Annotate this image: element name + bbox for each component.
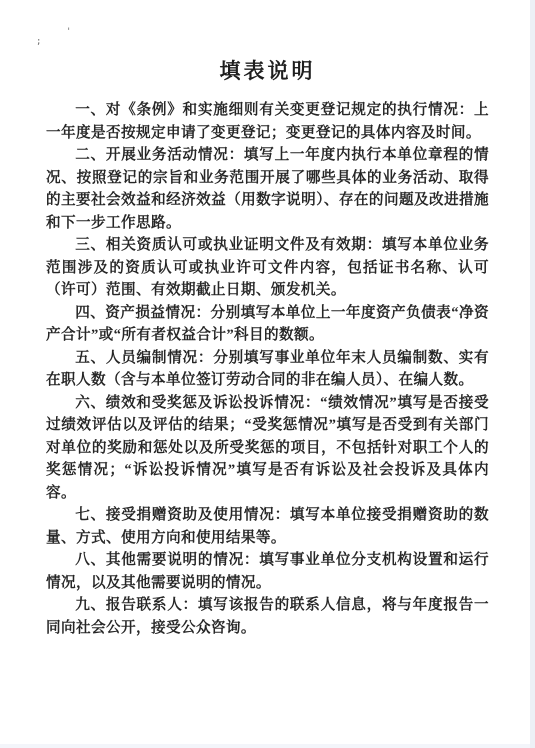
- document-page: ; ' 填表说明 一、对《条例》和实施细则有关变更登记规定的执行情况：上一年度是…: [0, 0, 535, 748]
- instruction-paragraph-6: 六、绩效和受奖惩及诉讼投诉情况：“绩效情况”填写是否接受过绩效评估以及评估的结果…: [46, 392, 489, 505]
- instruction-paragraph-4: 四、资产损益情况：分别填写本单位上一年度资产负债表“净资产合计”或“所有者权益合…: [46, 302, 489, 347]
- instruction-paragraph-3: 三、相关资质认可或执业证明文件及有效期：填写本单位业务范围涉及的资质认可或执业许…: [46, 234, 489, 302]
- instruction-paragraph-8: 八、其他需要说明的情况：填写事业单位分支机构设置和运行情况，以及其他需要说明的情…: [46, 549, 489, 594]
- scan-artifact: ': [66, 28, 71, 37]
- document-content: 填表说明 一、对《条例》和实施细则有关变更登记规定的执行情况：上一年度是否按规定…: [46, 56, 489, 639]
- scan-artifact: ;: [36, 38, 41, 47]
- page-title: 填表说明: [46, 56, 489, 86]
- instruction-paragraph-7: 七、接受捐赠资助及使用情况：填写本单位接受捐赠资助的数量、方式、使用方向和使用结…: [46, 504, 489, 549]
- instruction-paragraph-9: 九、报告联系人：填写该报告的联系人信息，将与年度报告一同向社会公开，接受公众咨询…: [46, 594, 489, 639]
- instruction-paragraph-2: 二、开展业务活动情况：填写上一年度内执行本单位章程的情况、按照登记的宗旨和业务范…: [46, 144, 489, 234]
- instruction-paragraph-5: 五、人员编制情况：分别填写事业单位年末人员编制数、实有在职人数（含与本单位签订劳…: [46, 347, 489, 392]
- instruction-paragraph-1: 一、对《条例》和实施细则有关变更登记规定的执行情况：上一年度是否按规定申请了变更…: [46, 99, 489, 144]
